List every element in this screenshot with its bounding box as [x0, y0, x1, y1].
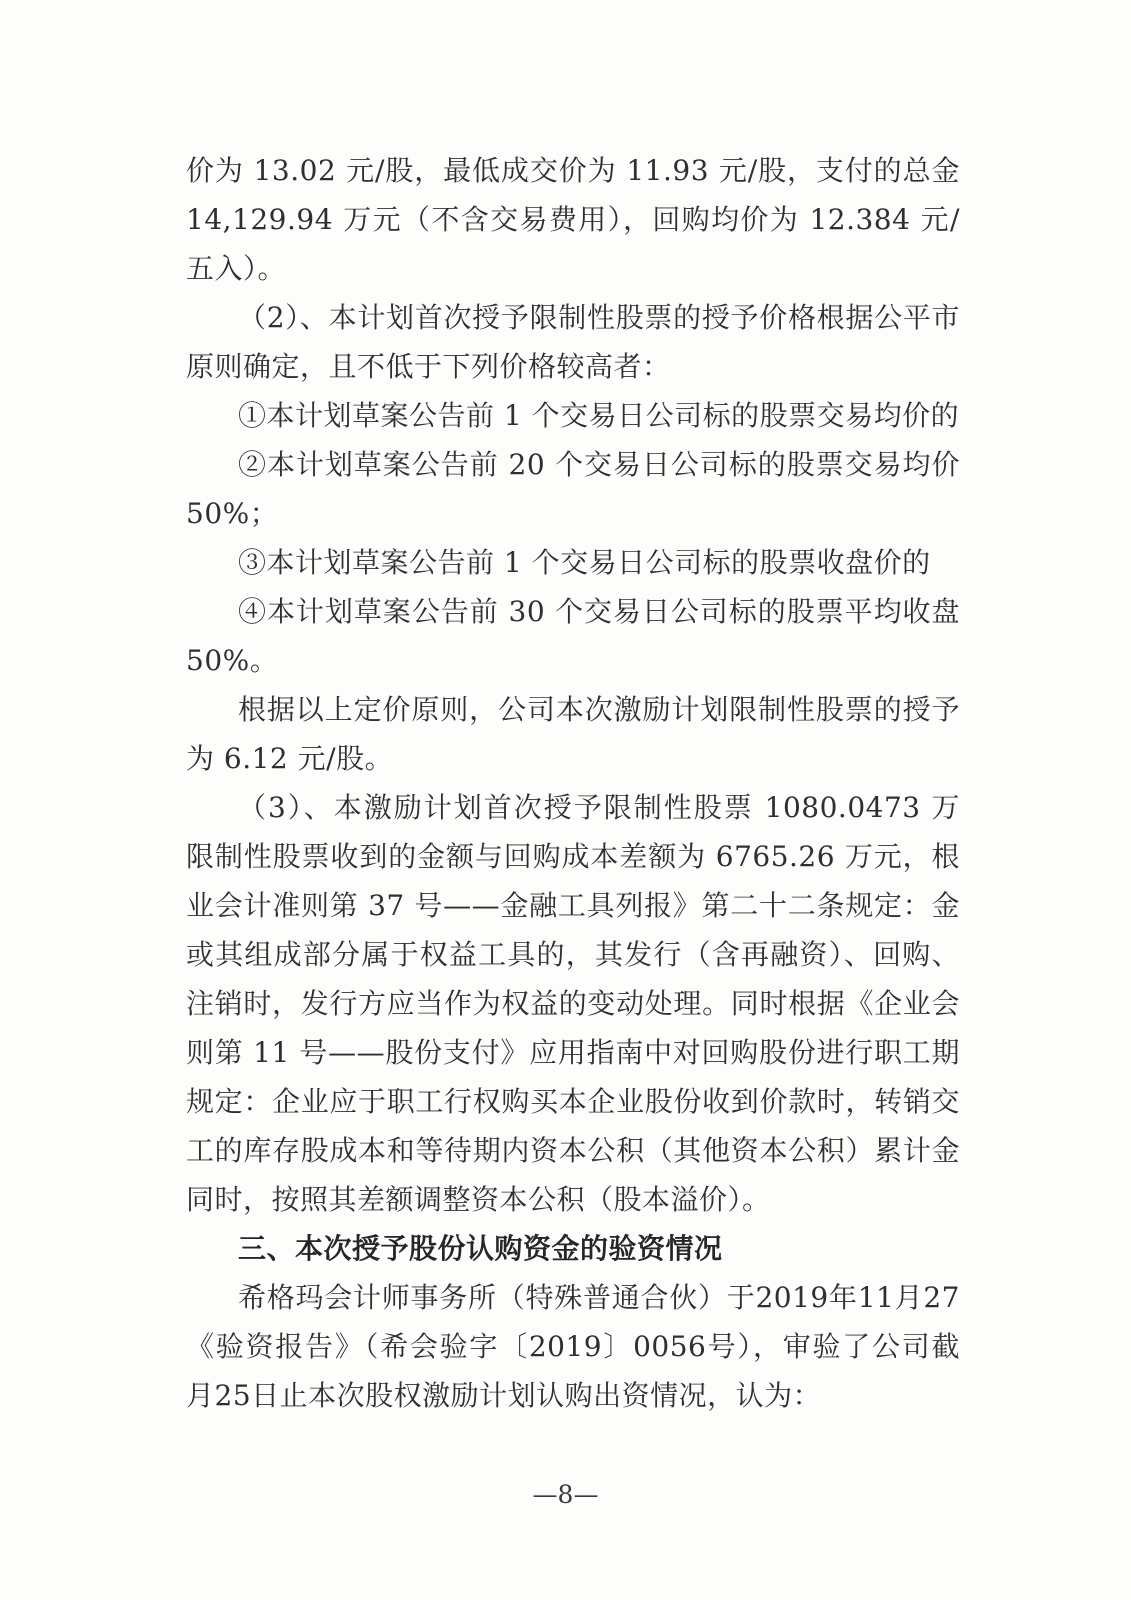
text-line: 价为 13.02 元/股，最低成交价为 11.93 元/股，支付的总金额为 — [186, 146, 960, 195]
text-line: 月25日止本次股权激励计划认购出资情况，认为： — [186, 1371, 960, 1420]
text-line: 14,129.94 万元（不含交易费用），回购均价为 12.384 元/股（四舍 — [186, 195, 960, 244]
text-line: 规定：企业应于职工行权购买本企业股份收到价款时，转销交付职 — [186, 1077, 960, 1126]
document-body: 价为 13.02 元/股，最低成交价为 11.93 元/股，支付的总金额为14,… — [186, 146, 960, 1420]
text-line: （3）、本激励计划首次授予限制性股票 1080.0473 万股，授予 — [186, 783, 960, 832]
text-line: 业会计准则第 37 号——金融工具列报》第二十二条规定：金融工具 — [186, 881, 960, 930]
text-line: 注销时，发行方应当作为权益的变动处理。同时根据《企业会计准 — [186, 979, 960, 1028]
document-page: 价为 13.02 元/股，最低成交价为 11.93 元/股，支付的总金额为14,… — [0, 0, 1131, 1600]
text-line: 50%。 — [186, 636, 960, 685]
page-number: —8— — [0, 1480, 1131, 1509]
text-line: 限制性股票收到的金额与回购成本差额为 6765.26 万元，根据《企 — [186, 832, 960, 881]
text-line: ④本计划草案公告前 30 个交易日公司标的股票平均收盘价的 — [186, 587, 960, 636]
text-line: ②本计划草案公告前 20 个交易日公司标的股票交易均价的 — [186, 440, 960, 489]
text-line: 希格玛会计师事务所（特殊普通合伙）于2019年11月27日出具了 — [186, 1273, 960, 1322]
text-line: 《验资报告》（希会验字〔2019〕0056号），审验了公司截至2019年11 — [186, 1322, 960, 1371]
text-line: ①本计划草案公告前 1 个交易日公司标的股票交易均价的 50%； — [186, 391, 960, 440]
text-line: 50%； — [186, 489, 960, 538]
text-line: 为 6.12 元/股。 — [186, 734, 960, 783]
text-line: 五入）。 — [186, 244, 960, 293]
text-line: 同时，按照其差额调整资本公积（股本溢价）。 — [186, 1175, 960, 1224]
text-line: 原则确定，且不低于下列价格较高者： — [186, 342, 960, 391]
text-line: （2）、本计划首次授予限制性股票的授予价格根据公平市场价 — [186, 293, 960, 342]
text-line: 工的库存股成本和等待期内资本公积（其他资本公积）累计金额， — [186, 1126, 960, 1175]
text-line: 或其组成部分属于权益工具的，其发行（含再融资）、回购、出售或 — [186, 930, 960, 979]
text-line: 则第 11 号——股份支付》应用指南中对回购股份进行职工期权激励 — [186, 1028, 960, 1077]
text-line: ③本计划草案公告前 1 个交易日公司标的股票收盘价的 50%； — [186, 538, 960, 587]
section-heading: 三、本次授予股份认购资金的验资情况 — [186, 1224, 960, 1273]
text-line: 根据以上定价原则，公司本次激励计划限制性股票的授予价格 — [186, 685, 960, 734]
